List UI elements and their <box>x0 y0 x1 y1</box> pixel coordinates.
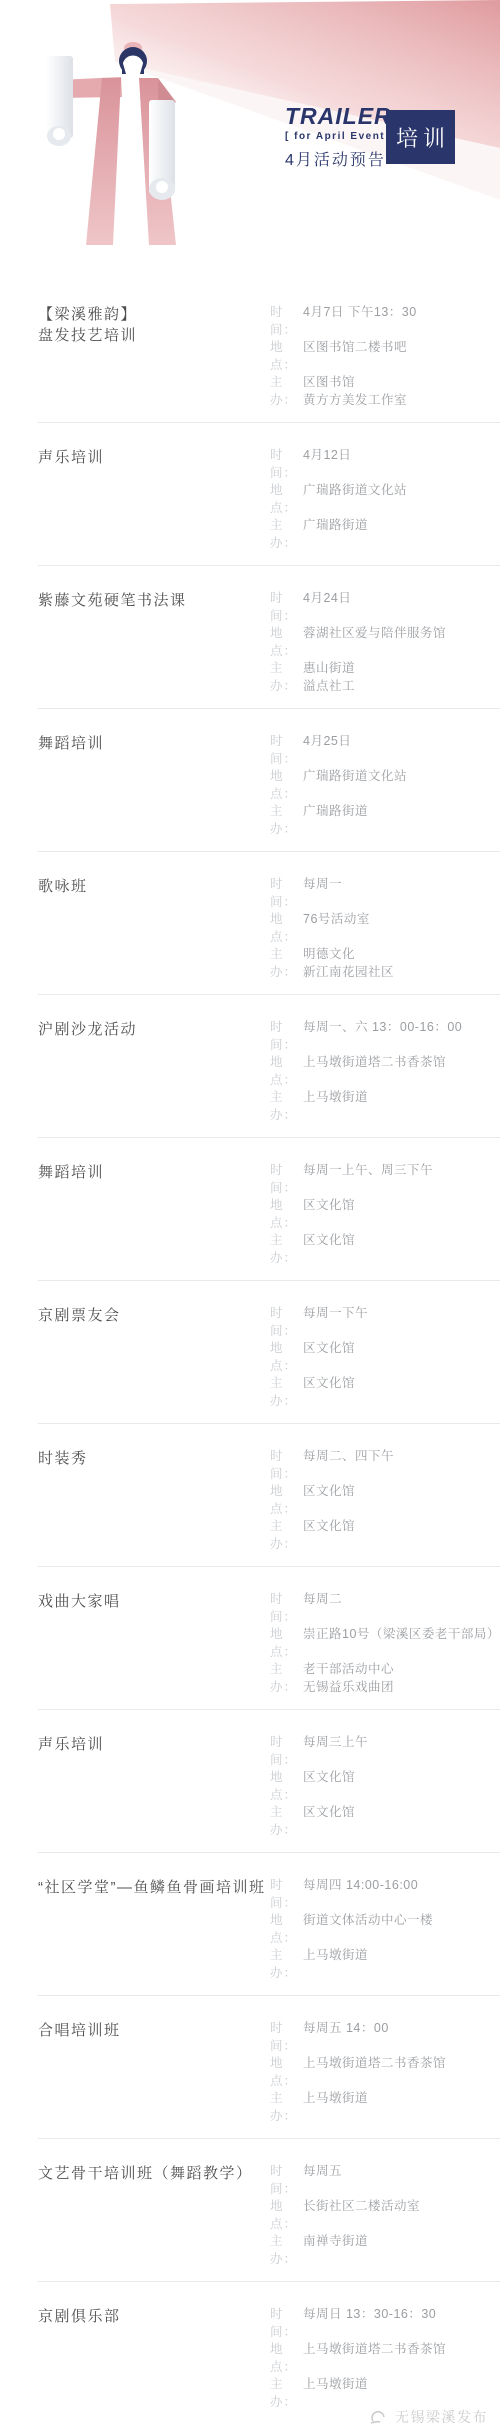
time-label: 时间： <box>270 1162 303 1197</box>
place-value: 街道文体活动中心一楼 <box>303 1912 433 1947</box>
place-value: 长街社区二楼活动室 <box>303 2198 420 2233</box>
host-row: 主办： 老干部活动中心无锡益乐戏曲团 <box>270 1661 500 1696</box>
place-value: 区文化馆 <box>303 1197 355 1232</box>
time-label: 时间： <box>270 2020 303 2055</box>
event-details: 时间： 4月7日 下午13：30 地点： 区图书馆二楼书吧 主办： 区图书馆黄方… <box>270 304 417 409</box>
place-row: 地点： 蓉湖社区爱与陪伴服务馆 <box>270 625 446 660</box>
host-line: 无锡益乐戏曲团 <box>303 1679 394 1697</box>
place-row: 地点： 区文化馆 <box>270 1769 368 1804</box>
time-label: 时间： <box>270 2306 303 2341</box>
place-value: 区文化馆 <box>303 1340 355 1375</box>
time-row: 时间： 4月25日 <box>270 733 407 768</box>
time-value: 每周二、四下午 <box>303 1448 394 1483</box>
time-row: 时间： 4月12日 <box>270 447 407 482</box>
host-row: 主办： 上马墩街道 <box>270 2376 446 2411</box>
event-title-line: 沪剧沙龙活动 <box>38 1019 270 1040</box>
host-label: 主办： <box>270 517 303 552</box>
event-row: 【梁溪雅韵】盘发技艺培训 时间： 4月7日 下午13：30 地点： 区图书馆二楼… <box>38 280 500 423</box>
host-value: 上马墩街道 <box>303 2376 368 2411</box>
place-label: 地点： <box>270 1197 303 1232</box>
event-title-line: 舞蹈培训 <box>38 733 270 754</box>
place-value: 广瑞路街道文化站 <box>303 482 407 517</box>
host-row: 主办： 广瑞路街道 <box>270 803 407 838</box>
host-value: 上马墩街道 <box>303 1089 368 1124</box>
place-label: 地点： <box>270 625 303 660</box>
event-details: 时间： 每周一、六 13：00-16：00 地点： 上马墩街道塔二书香茶馆 主办… <box>270 1019 462 1124</box>
event-row: 舞蹈培训 时间： 4月25日 地点： 广瑞路街道文化站 主办： 广瑞路街道 <box>38 709 500 852</box>
event-title-line: 声乐培训 <box>38 1734 270 1755</box>
host-line: 广瑞路街道 <box>303 517 368 535</box>
event-title: 【梁溪雅韵】盘发技艺培训 <box>38 304 270 409</box>
place-label: 地点： <box>270 1626 303 1661</box>
time-row: 时间： 每周日 13：30-16：30 <box>270 2306 446 2341</box>
time-row: 时间： 每周二 <box>270 1591 500 1626</box>
host-line: 南禅寺街道 <box>303 2233 368 2251</box>
event-row: 文艺骨干培训班（舞蹈教学） 时间： 每周五 地点： 长街社区二楼活动室 主办： … <box>38 2139 500 2282</box>
brand-subtitle: [ for April Event ] <box>285 131 394 142</box>
host-label: 主办： <box>270 660 303 695</box>
place-label: 地点： <box>270 1769 303 1804</box>
host-line: 溢点社工 <box>303 678 355 696</box>
time-label: 时间： <box>270 2163 303 2198</box>
host-row: 主办： 广瑞路街道 <box>270 517 407 552</box>
time-value: 每周日 13：30-16：30 <box>303 2306 436 2341</box>
host-line: 区文化馆 <box>303 1518 355 1536</box>
time-row: 时间： 每周五 <box>270 2163 420 2198</box>
host-label: 主办： <box>270 1947 303 1982</box>
event-title-line: 声乐培训 <box>38 447 270 468</box>
event-details: 时间： 每周一下午 地点： 区文化馆 主办： 区文化馆 <box>270 1305 368 1410</box>
event-row: 合唱培训班 时间： 每周五 14：00 地点： 上马墩街道塔二书香茶馆 主办： … <box>38 1996 500 2139</box>
host-label: 主办： <box>270 803 303 838</box>
host-label: 主办： <box>270 2376 303 2411</box>
brand-block: TRAILER [ for April Event ] 4月活动预告 <box>285 104 394 170</box>
time-value: 每周一上午、周三下午 <box>303 1162 433 1197</box>
place-row: 地点： 街道文体活动中心一楼 <box>270 1912 433 1947</box>
event-title-line: 文艺骨干培训班（舞蹈教学） <box>38 2163 270 2184</box>
event-details: 时间： 每周一上午、周三下午 地点： 区文化馆 主办： 区文化馆 <box>270 1162 433 1267</box>
event-details: 时间： 每周四 14:00-16:00 地点： 街道文体活动中心一楼 主办： 上… <box>270 1877 433 1982</box>
place-row: 地点： 上马墩街道塔二书香茶馆 <box>270 2341 446 2376</box>
place-row: 地点： 广瑞路街道文化站 <box>270 482 407 517</box>
time-value: 每周四 14:00-16:00 <box>303 1877 418 1912</box>
brand-title-cn: 4月活动预告 <box>285 147 394 170</box>
event-title: 时装秀 <box>38 1448 270 1553</box>
event-title-line: “社区学堂”—鱼鳞鱼骨画培训班 <box>38 1877 270 1898</box>
host-row: 主办： 上马墩街道 <box>270 1947 433 1982</box>
time-row: 时间： 每周二、四下午 <box>270 1448 394 1483</box>
event-row: 沪剧沙龙活动 时间： 每周一、六 13：00-16：00 地点： 上马墩街道塔二… <box>38 995 500 1138</box>
host-row: 主办： 上马墩街道 <box>270 2090 446 2125</box>
time-row: 时间： 每周一下午 <box>270 1305 368 1340</box>
place-row: 地点： 区文化馆 <box>270 1340 368 1375</box>
time-value: 每周一 <box>303 876 342 911</box>
place-row: 地点： 区文化馆 <box>270 1197 433 1232</box>
place-label: 地点： <box>270 1054 303 1089</box>
host-line: 上马墩街道 <box>303 2376 368 2394</box>
event-title-line: 戏曲大家唱 <box>38 1591 270 1612</box>
event-row: “社区学堂”—鱼鳞鱼骨画培训班 时间： 每周四 14:00-16:00 地点： … <box>38 1853 500 1996</box>
host-label: 主办： <box>270 2090 303 2125</box>
place-value: 区文化馆 <box>303 1769 355 1804</box>
host-value: 惠山街道溢点社工 <box>303 660 355 695</box>
event-row: 声乐培训 时间： 4月12日 地点： 广瑞路街道文化站 主办： 广瑞路街道 <box>38 423 500 566</box>
host-value: 明德文化新江南花园社区 <box>303 946 394 981</box>
event-title: 舞蹈培训 <box>38 733 270 838</box>
event-details: 时间： 每周二 地点： 崇正路10号（梁溪区委老干部局） 主办： 老干部活动中心… <box>270 1591 500 1696</box>
event-title: 京剧票友会 <box>38 1305 270 1410</box>
place-value: 上马墩街道塔二书香茶馆 <box>303 1054 446 1089</box>
time-label: 时间： <box>270 590 303 625</box>
time-label: 时间： <box>270 733 303 768</box>
host-label: 主办： <box>270 1375 303 1410</box>
host-value: 区文化馆 <box>303 1375 355 1410</box>
time-row: 时间： 4月24日 <box>270 590 446 625</box>
event-title-line: 【梁溪雅韵】 <box>38 304 270 325</box>
host-value: 上马墩街道 <box>303 2090 368 2125</box>
time-row: 时间： 每周一、六 13：00-16：00 <box>270 1019 462 1054</box>
event-details: 时间： 4月24日 地点： 蓉湖社区爱与陪伴服务馆 主办： 惠山街道溢点社工 <box>270 590 446 695</box>
host-row: 主办： 明德文化新江南花园社区 <box>270 946 394 981</box>
time-row: 时间： 每周一 <box>270 876 394 911</box>
place-value: 蓉湖社区爱与陪伴服务馆 <box>303 625 446 660</box>
place-value: 上马墩街道塔二书香茶馆 <box>303 2055 446 2090</box>
place-label: 地点： <box>270 482 303 517</box>
page: TRAILER [ for April Event ] 4月活动预告 培训 【梁… <box>0 0 500 2431</box>
event-title-line: 歌咏班 <box>38 876 270 897</box>
place-label: 地点： <box>270 2055 303 2090</box>
event-details: 时间： 每周五 14：00 地点： 上马墩街道塔二书香茶馆 主办： 上马墩街道 <box>270 2020 446 2125</box>
place-label: 地点： <box>270 1912 303 1947</box>
time-value: 4月24日 <box>303 590 351 625</box>
brand-title: TRAILER <box>285 104 394 128</box>
host-line: 区文化馆 <box>303 1804 355 1822</box>
host-row: 主办： 区文化馆 <box>270 1804 368 1839</box>
time-value: 每周五 14：00 <box>303 2020 389 2055</box>
host-line: 区图书馆 <box>303 374 407 392</box>
host-value: 上马墩街道 <box>303 1947 368 1982</box>
host-line: 上马墩街道 <box>303 2090 368 2108</box>
event-title: 舞蹈培训 <box>38 1162 270 1267</box>
place-label: 地点： <box>270 339 303 374</box>
host-label: 主办： <box>270 1232 303 1267</box>
place-value: 崇正路10号（梁溪区委老干部局） <box>303 1626 500 1661</box>
host-label: 主办： <box>270 1661 303 1696</box>
publisher-name: 无锡梁溪发布 <box>395 2407 488 2427</box>
event-title: 歌咏班 <box>38 876 270 981</box>
place-value: 广瑞路街道文化站 <box>303 768 407 803</box>
host-label: 主办： <box>270 2233 303 2268</box>
time-value: 4月12日 <box>303 447 351 482</box>
host-value: 区文化馆 <box>303 1804 355 1839</box>
event-row: 歌咏班 时间： 每周一 地点： 76号活动室 主办： 明德文化新江南花园社区 <box>38 852 500 995</box>
host-line: 上马墩街道 <box>303 1947 368 1965</box>
event-row: 声乐培训 时间： 每周三上午 地点： 区文化馆 主办： 区文化馆 <box>38 1710 500 1853</box>
event-details: 时间： 4月12日 地点： 广瑞路街道文化站 主办： 广瑞路街道 <box>270 447 407 552</box>
event-title-line: 合唱培训班 <box>38 2020 270 2041</box>
event-row: 京剧票友会 时间： 每周一下午 地点： 区文化馆 主办： 区文化馆 <box>38 1281 500 1424</box>
time-label: 时间： <box>270 1591 303 1626</box>
event-row: 紫藤文苑硬笔书法课 时间： 4月24日 地点： 蓉湖社区爱与陪伴服务馆 主办： … <box>38 566 500 709</box>
place-value: 区文化馆 <box>303 1483 355 1518</box>
host-line: 明德文化 <box>303 946 394 964</box>
time-value: 每周二 <box>303 1591 342 1626</box>
place-label: 地点： <box>270 768 303 803</box>
host-value: 区文化馆 <box>303 1518 355 1553</box>
place-row: 地点： 区文化馆 <box>270 1483 394 1518</box>
place-label: 地点： <box>270 911 303 946</box>
time-row: 时间： 4月7日 下午13：30 <box>270 304 417 339</box>
time-value: 每周一下午 <box>303 1305 368 1340</box>
event-title: 京剧俱乐部 <box>38 2306 270 2411</box>
event-row: 舞蹈培训 时间： 每周一上午、周三下午 地点： 区文化馆 主办： 区文化馆 <box>38 1138 500 1281</box>
place-row: 地点： 上马墩街道塔二书香茶馆 <box>270 2055 446 2090</box>
host-label: 主办： <box>270 1804 303 1839</box>
event-title: 文艺骨干培训班（舞蹈教学） <box>38 2163 270 2268</box>
event-details: 时间： 每周一 地点： 76号活动室 主办： 明德文化新江南花园社区 <box>270 876 394 981</box>
host-row: 主办： 南禅寺街道 <box>270 2233 420 2268</box>
event-title-line: 时装秀 <box>38 1448 270 1469</box>
host-row: 主办： 区文化馆 <box>270 1518 394 1553</box>
event-details: 时间： 4月25日 地点： 广瑞路街道文化站 主办： 广瑞路街道 <box>270 733 407 838</box>
place-value: 区图书馆二楼书吧 <box>303 339 407 374</box>
host-value: 区图书馆黄方方美发工作室 <box>303 374 407 409</box>
place-label: 地点： <box>270 1340 303 1375</box>
place-value: 76号活动室 <box>303 911 370 946</box>
time-label: 时间： <box>270 1734 303 1769</box>
event-title: 紫藤文苑硬笔书法课 <box>38 590 270 695</box>
time-label: 时间： <box>270 1019 303 1054</box>
event-row: 时装秀 时间： 每周二、四下午 地点： 区文化馆 主办： 区文化馆 <box>38 1424 500 1567</box>
event-details: 时间： 每周二、四下午 地点： 区文化馆 主办： 区文化馆 <box>270 1448 394 1553</box>
time-row: 时间： 每周三上午 <box>270 1734 368 1769</box>
time-label: 时间： <box>270 1305 303 1340</box>
host-line: 新江南花园社区 <box>303 964 394 982</box>
event-title: 声乐培训 <box>38 1734 270 1839</box>
event-title-line: 京剧俱乐部 <box>38 2306 270 2327</box>
host-line: 区文化馆 <box>303 1232 355 1250</box>
time-label: 时间： <box>270 1448 303 1483</box>
host-label: 主办： <box>270 1089 303 1124</box>
place-row: 地点： 上马墩街道塔二书香茶馆 <box>270 1054 462 1089</box>
host-label: 主办： <box>270 374 303 409</box>
place-label: 地点： <box>270 2198 303 2233</box>
place-value: 上马墩街道塔二书香茶馆 <box>303 2341 446 2376</box>
category-badge: 培训 <box>386 110 455 164</box>
event-title-line: 紫藤文苑硬笔书法课 <box>38 590 270 611</box>
event-title-line: 盘发技艺培训 <box>38 325 270 346</box>
host-row: 主办： 惠山街道溢点社工 <box>270 660 446 695</box>
host-line: 惠山街道 <box>303 660 355 678</box>
place-row: 地点： 长街社区二楼活动室 <box>270 2198 420 2233</box>
time-row: 时间： 每周四 14:00-16:00 <box>270 1877 433 1912</box>
host-row: 主办： 区文化馆 <box>270 1375 368 1410</box>
place-row: 地点： 广瑞路街道文化站 <box>270 768 407 803</box>
host-label: 主办： <box>270 1518 303 1553</box>
header-banner: TRAILER [ for April Event ] 4月活动预告 培训 <box>0 0 500 280</box>
host-value: 广瑞路街道 <box>303 803 368 838</box>
event-title-line: 京剧票友会 <box>38 1305 270 1326</box>
event-row: 戏曲大家唱 时间： 每周二 地点： 崇正路10号（梁溪区委老干部局） 主办： 老… <box>38 1567 500 1710</box>
time-value: 4月7日 下午13：30 <box>303 304 417 339</box>
event-details: 时间： 每周五 地点： 长街社区二楼活动室 主办： 南禅寺街道 <box>270 2163 420 2268</box>
place-row: 地点： 崇正路10号（梁溪区委老干部局） <box>270 1626 500 1661</box>
event-details: 时间： 每周日 13：30-16：30 地点： 上马墩街道塔二书香茶馆 主办： … <box>270 2306 446 2411</box>
host-line: 上马墩街道 <box>303 1089 368 1107</box>
place-row: 地点： 76号活动室 <box>270 911 394 946</box>
host-line: 老干部活动中心 <box>303 1661 394 1679</box>
host-line: 广瑞路街道 <box>303 803 368 821</box>
event-title: 沪剧沙龙活动 <box>38 1019 270 1124</box>
time-value: 4月25日 <box>303 733 351 768</box>
host-label: 主办： <box>270 946 303 981</box>
event-details: 时间： 每周三上午 地点： 区文化馆 主办： 区文化馆 <box>270 1734 368 1839</box>
time-value: 每周一、六 13：00-16：00 <box>303 1019 462 1054</box>
place-label: 地点： <box>270 1483 303 1518</box>
event-title: 合唱培训班 <box>38 2020 270 2125</box>
time-label: 时间： <box>270 1877 303 1912</box>
place-label: 地点： <box>270 2341 303 2376</box>
publisher-watermark: 无锡梁溪发布 <box>369 2407 488 2427</box>
place-row: 地点： 区图书馆二楼书吧 <box>270 339 417 374</box>
event-title: “社区学堂”—鱼鳞鱼骨画培训班 <box>38 1877 270 1982</box>
host-value: 区文化馆 <box>303 1232 355 1267</box>
time-label: 时间： <box>270 304 303 339</box>
publisher-logo-icon <box>369 2408 391 2426</box>
event-list: 【梁溪雅韵】盘发技艺培训 时间： 4月7日 下午13：30 地点： 区图书馆二楼… <box>0 280 500 2429</box>
host-value: 南禅寺街道 <box>303 2233 368 2268</box>
host-value: 广瑞路街道 <box>303 517 368 552</box>
time-value: 每周五 <box>303 2163 342 2198</box>
host-row: 主办： 上马墩街道 <box>270 1089 462 1124</box>
event-title: 声乐培训 <box>38 447 270 552</box>
time-value: 每周三上午 <box>303 1734 368 1769</box>
host-row: 主办： 区文化馆 <box>270 1232 433 1267</box>
time-row: 时间： 每周五 14：00 <box>270 2020 446 2055</box>
time-label: 时间： <box>270 876 303 911</box>
host-line: 区文化馆 <box>303 1375 355 1393</box>
host-value: 老干部活动中心无锡益乐戏曲团 <box>303 1661 394 1696</box>
event-title-line: 舞蹈培训 <box>38 1162 270 1183</box>
time-label: 时间： <box>270 447 303 482</box>
event-title: 戏曲大家唱 <box>38 1591 270 1696</box>
host-row: 主办： 区图书馆黄方方美发工作室 <box>270 374 417 409</box>
host-line: 黄方方美发工作室 <box>303 392 407 410</box>
time-row: 时间： 每周一上午、周三下午 <box>270 1162 433 1197</box>
